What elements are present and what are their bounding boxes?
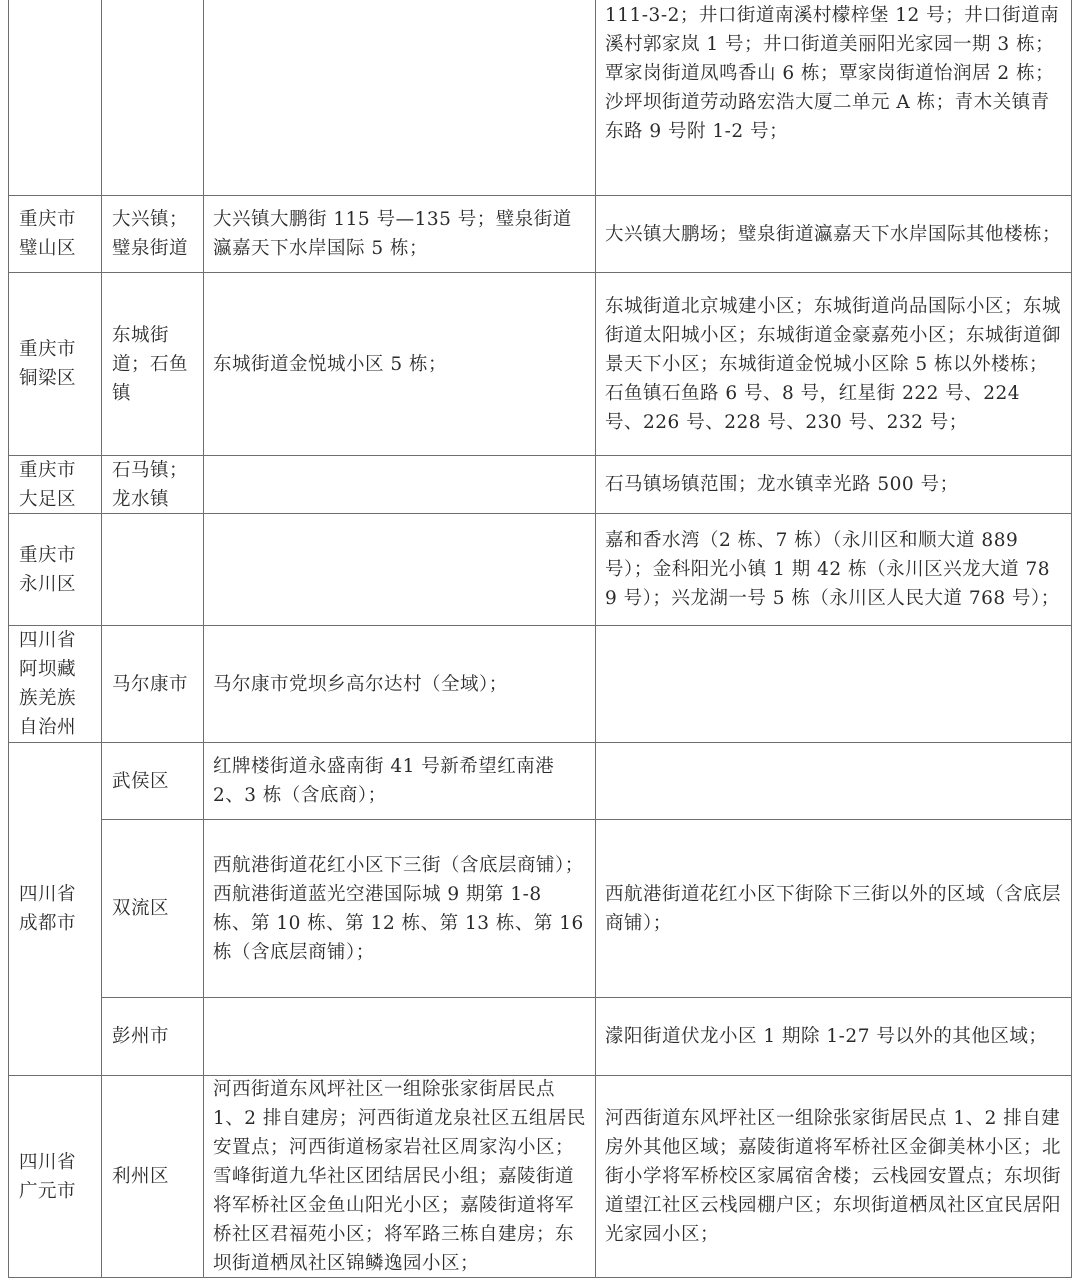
table-cell-medium-risk: 111-3-2；井口街道南溪村檬梓堡 12 号；井口街道南溪村郭家岚 1 号；井… [595,0,1072,196]
table-cell-region: 重庆市璧山区 [8,195,102,273]
table-cell-high-risk: 红牌楼街道永盛南街 41 号新希望红南港 2、3 栋（含底商）； [203,742,596,820]
risk-area-table: 111-3-2；井口街道南溪村檬梓堡 12 号；井口街道南溪村郭家岚 1 号；井… [0,0,1080,1279]
table-cell-region: 四川省阿坝藏族羌族自治州 [8,625,102,743]
table-cell-high-risk [203,513,596,626]
table-cell-high-risk [203,0,596,196]
table-cell-high-risk: 大兴镇大鹏街 115 号—135 号；璧泉街道瀛嘉天下水岸国际 5 栋； [203,195,596,273]
table-cell-high-risk: 马尔康市党坝乡高尔达村（全域）； [203,625,596,743]
table-cell-high-risk [203,455,596,514]
table-cell-medium-risk: 河西街道东风坪社区一组除张家街居民点 1、2 排自建房外其他区域；嘉陵街道将军桥… [595,1075,1072,1278]
table-cell-region: 四川省广元市 [8,1075,102,1278]
table-cell-medium-risk: 嘉和香水湾（2 栋、7 栋）（永川区和顺大道 889 号）；金科阳光小镇 1 期… [595,513,1072,626]
table-cell-district: 利州区 [101,1075,204,1278]
table-cell-high-risk [203,997,596,1076]
table-cell-district: 双流区 [101,819,204,998]
table-cell-medium-risk: 东城街道北京城建小区；东城街道尚品国际小区；东城街道太阳城小区；东城街道金豪嘉苑… [595,272,1072,456]
table-cell-medium-risk: 西航港街道花红小区下街除下三街以外的区域（含底层商铺）； [595,819,1072,998]
table-cell-high-risk: 河西街道东风坪社区一组除张家街居民点 1、2 排自建房；河西街道龙泉社区五组居民… [203,1075,596,1278]
table-cell-district [101,0,204,196]
table-cell-district: 武侯区 [101,742,204,820]
table-cell-medium-risk [595,625,1072,743]
table-cell-region: 重庆市铜梁区 [8,272,102,456]
table-cell-region: 重庆市大足区 [8,455,102,514]
table-cell-region [8,0,102,196]
table-cell-district: 马尔康市 [101,625,204,743]
table-cell-district [101,513,204,626]
table-cell-medium-risk: 大兴镇大鹏场；璧泉街道瀛嘉天下水岸国际其他楼栋； [595,195,1072,273]
table-cell-district: 石马镇；龙水镇 [101,455,204,514]
table-cell-high-risk: 西航港街道花红小区下三街（含底层商铺）；西航港街道蓝光空港国际城 9 期第 1-… [203,819,596,998]
table-cell-district: 彭州市 [101,997,204,1076]
table-cell-region: 重庆市永川区 [8,513,102,626]
table-cell-high-risk: 东城街道金悦城小区 5 栋； [203,272,596,456]
table-cell-medium-risk: 石马镇场镇范围；龙水镇幸光路 500 号； [595,455,1072,514]
table-cell-medium-risk: 濛阳街道伏龙小区 1 期除 1-27 号以外的其他区域； [595,997,1072,1076]
table-cell-region: 四川省成都市 [8,742,102,1076]
table-cell-medium-risk [595,742,1072,820]
table-cell-district: 大兴镇；璧泉街道 [101,195,204,273]
table-cell-district: 东城街道；石鱼镇 [101,272,204,456]
